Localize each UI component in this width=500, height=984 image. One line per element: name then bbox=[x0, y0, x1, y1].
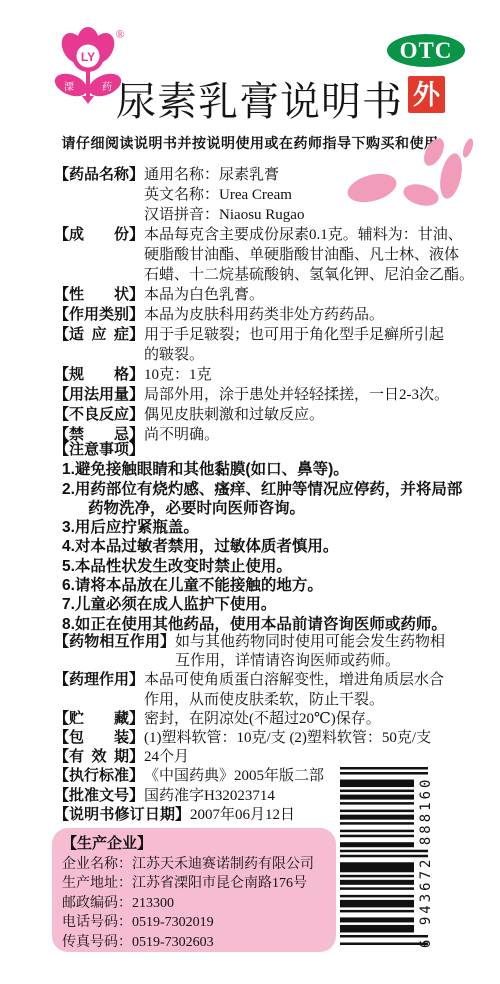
section-label: 【有效期】 bbox=[54, 748, 144, 767]
section-label: 【注意事项】 bbox=[54, 441, 474, 460]
barcode-number: 6 943672 888160 bbox=[418, 777, 434, 948]
section-row: 【不良反应】 偶见皮肤刺激和过敏反应。 bbox=[54, 405, 472, 425]
notice-item: 5.本品性状发生改变时禁止使用。 bbox=[62, 557, 474, 576]
notice-item: 4.对本品过敏者禁用，过敏体质者慎用。 bbox=[62, 537, 474, 556]
section-content: 24个月 bbox=[144, 748, 472, 767]
section-content: 本品可使角质蛋白溶解变性，增进角质层水合 作用，从而使皮肤柔软，防止干裂。 bbox=[144, 671, 472, 709]
section-content: 偶见皮肤刺激和过敏反应。 bbox=[144, 405, 472, 425]
manufacturer-title: 【生产企业】 bbox=[62, 835, 326, 855]
manufacturer-row: 传真号码：0519-7302603 bbox=[62, 933, 326, 953]
section-content: (1)塑料软管：10克/支 (2)塑料软管：50克/支 bbox=[144, 729, 472, 748]
section-row: 【作用类别】 本品为皮肤科用药类非处方药药品。 bbox=[54, 305, 472, 325]
section-label: 【贮藏】 bbox=[54, 710, 144, 729]
section-label: 【包装】 bbox=[54, 729, 144, 748]
section-row: 【有效期】 24个月 bbox=[54, 748, 472, 767]
section-content: 10克：1克 bbox=[144, 365, 472, 385]
section-label: 【说明书修订日期】 bbox=[54, 806, 190, 825]
section-content: 密封，在阴凉处(不超过20℃)保存。 bbox=[144, 710, 472, 729]
section-row: 【用法用量】 局部外用，涂于患处并轻轻揉搓，一日2-3次。 bbox=[54, 385, 472, 405]
page-title: 尿素乳膏说明书 bbox=[116, 70, 403, 127]
notice-item: 2.用药部位有烧灼感、瘙痒、红肿等情况应停药，并将局部药物洗净，必要时向医师咨询… bbox=[62, 480, 474, 519]
precautions-section: 【注意事项】 1.避免接触眼睛和其他黏膜(如口、鼻等)。 2.用药部位有烧灼感、… bbox=[54, 441, 474, 634]
section-label: 【不良反应】 bbox=[54, 405, 144, 425]
manufacturer-row: 企业名称：江苏天禾迪赛诺制药有限公司 bbox=[62, 855, 326, 875]
section-label: 【药物相互作用】 bbox=[54, 633, 175, 671]
section-row: 【性状】 本品为白色乳膏。 bbox=[54, 285, 472, 305]
notice-item: 8.如正在使用其他药品，使用本品前请咨询医师或药师。 bbox=[62, 615, 474, 634]
section-content: 通用名称：尿素乳膏 英文名称：Urea Cream 汉语拼音：Niaosu Ru… bbox=[144, 165, 472, 225]
logo-leaf-left: 溧 bbox=[64, 80, 74, 93]
section-label: 【适应症】 bbox=[54, 325, 144, 365]
section-row: 【药物相互作用】 如与其他药物同时使用可能会发生药物相 互作用，详情请咨询医师或… bbox=[54, 633, 472, 671]
external-use-badge: 外 bbox=[408, 76, 445, 113]
logo-leaf-right: 药 bbox=[102, 80, 112, 93]
section-label: 【性状】 bbox=[54, 285, 144, 305]
otc-badge: OTC bbox=[387, 34, 465, 67]
section-label: 【批准文号】 bbox=[54, 787, 144, 806]
section-row: 【药理作用】 本品可使角质蛋白溶解变性，增进角质层水合 作用，从而使皮肤柔软，防… bbox=[54, 671, 472, 709]
section-row: 【成份】 本品每克含主要成份尿素0.1克。辅料为：甘油、 硬脂酸甘油酯、单硬脂酸… bbox=[54, 225, 472, 285]
notice-item: 6.请将本品放在儿童不能接触的地方。 bbox=[62, 576, 474, 595]
section-content: 本品每克含主要成份尿素0.1克。辅料为：甘油、 硬脂酸甘油酯、单硬脂酸甘油酯、凡… bbox=[144, 225, 472, 285]
section-label: 【药理作用】 bbox=[54, 671, 144, 709]
section-label: 【用法用量】 bbox=[54, 385, 144, 405]
section-row: 【适应症】 用于手足皲裂；也可用于角化型手足癣所引起 的皲裂。 bbox=[54, 325, 472, 365]
section-content: 局部外用，涂于患处并轻轻揉搓，一日2-3次。 bbox=[144, 385, 472, 405]
notice-item: 1.避免接触眼睛和其他黏膜(如口、鼻等)。 bbox=[62, 460, 474, 479]
manufacturer-row: 邮政编码：213300 bbox=[62, 894, 326, 914]
section-label: 【执行标准】 bbox=[54, 767, 144, 786]
registered-mark-icon: ® bbox=[115, 27, 124, 41]
notice-item: 7.儿童必须在成人监护下使用。 bbox=[62, 595, 474, 614]
notice-item: 3.用后应拧紧瓶盖。 bbox=[62, 518, 474, 537]
section-label: 【药品名称】 bbox=[54, 165, 144, 225]
section-row: 【贮藏】 密封，在阴凉处(不超过20℃)保存。 bbox=[54, 710, 472, 729]
section-content: 如与其他药物同时使用可能会发生药物相 互作用，详情请咨询医师或药师。 bbox=[175, 633, 472, 671]
manufacturer-row: 生产地址：江苏省溧阳市昆仑南路176号 bbox=[62, 874, 326, 894]
section-content: 本品为白色乳膏。 bbox=[144, 285, 472, 305]
logo-monogram: LY bbox=[81, 50, 95, 64]
section-label: 【规格】 bbox=[54, 365, 144, 385]
section-row: 【包装】 (1)塑料软管：10克/支 (2)塑料软管：50克/支 bbox=[54, 729, 472, 748]
drug-info-list: 【药品名称】 通用名称：尿素乳膏 英文名称：Urea Cream 汉语拼音：Ni… bbox=[54, 165, 472, 445]
section-label: 【作用类别】 bbox=[54, 305, 144, 325]
manufacturer-box: 【生产企业】 企业名称：江苏天禾迪赛诺制药有限公司 生产地址：江苏省溧阳市昆仑南… bbox=[52, 828, 336, 952]
section-row: 【药品名称】 通用名称：尿素乳膏 英文名称：Urea Cream 汉语拼音：Ni… bbox=[54, 165, 472, 225]
section-row: 【规格】 10克：1克 bbox=[54, 365, 472, 385]
section-label: 【成份】 bbox=[54, 225, 144, 285]
package-insert: LY 溧 药 ® 尿素乳膏说明书 OTC 外 请仔细阅读说明书并按说明使用或在药… bbox=[0, 0, 500, 984]
manufacturer-row: 电话号码：0519-7302019 bbox=[62, 913, 326, 933]
section-content: 用于手足皲裂；也可用于角化型手足癣所引起 的皲裂。 bbox=[144, 325, 472, 365]
section-content: 本品为皮肤科用药类非处方药药品。 bbox=[144, 305, 472, 325]
